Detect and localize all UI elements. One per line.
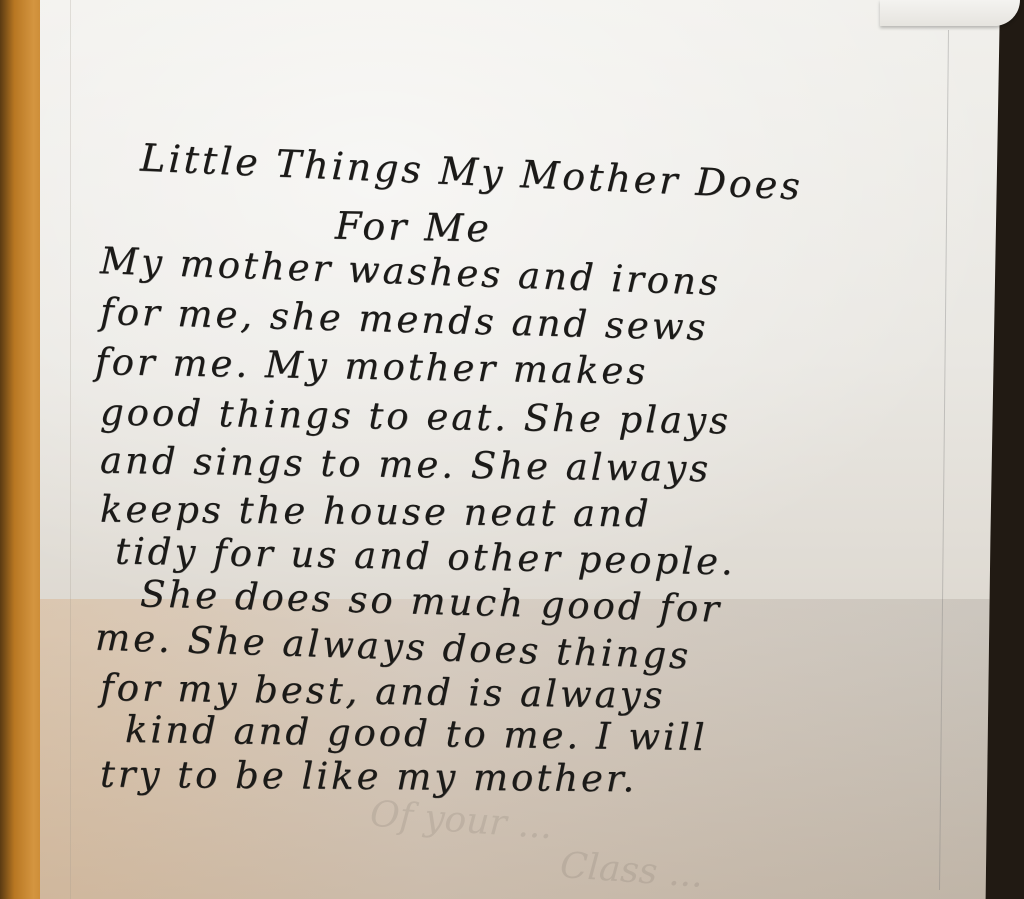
bleed-through-text: Of your ... <box>369 794 554 848</box>
page-curl <box>880 0 1020 26</box>
text-line: try to be like my mother. <box>100 753 638 801</box>
text-line: good things to eat. She plays <box>100 391 732 443</box>
document-subtitle: For Me <box>335 204 493 251</box>
text-line: kind and good to me. I will <box>125 708 708 759</box>
text-line: keeps the house neat and <box>100 488 652 536</box>
text-line: and sings to me. She always <box>100 439 712 491</box>
page-rule-line <box>70 0 71 899</box>
bleed-through-text: Class ... <box>559 845 705 896</box>
page-margin-line <box>939 30 949 890</box>
photo-scene: Of your ... Class ... Little Things My M… <box>0 0 1024 899</box>
